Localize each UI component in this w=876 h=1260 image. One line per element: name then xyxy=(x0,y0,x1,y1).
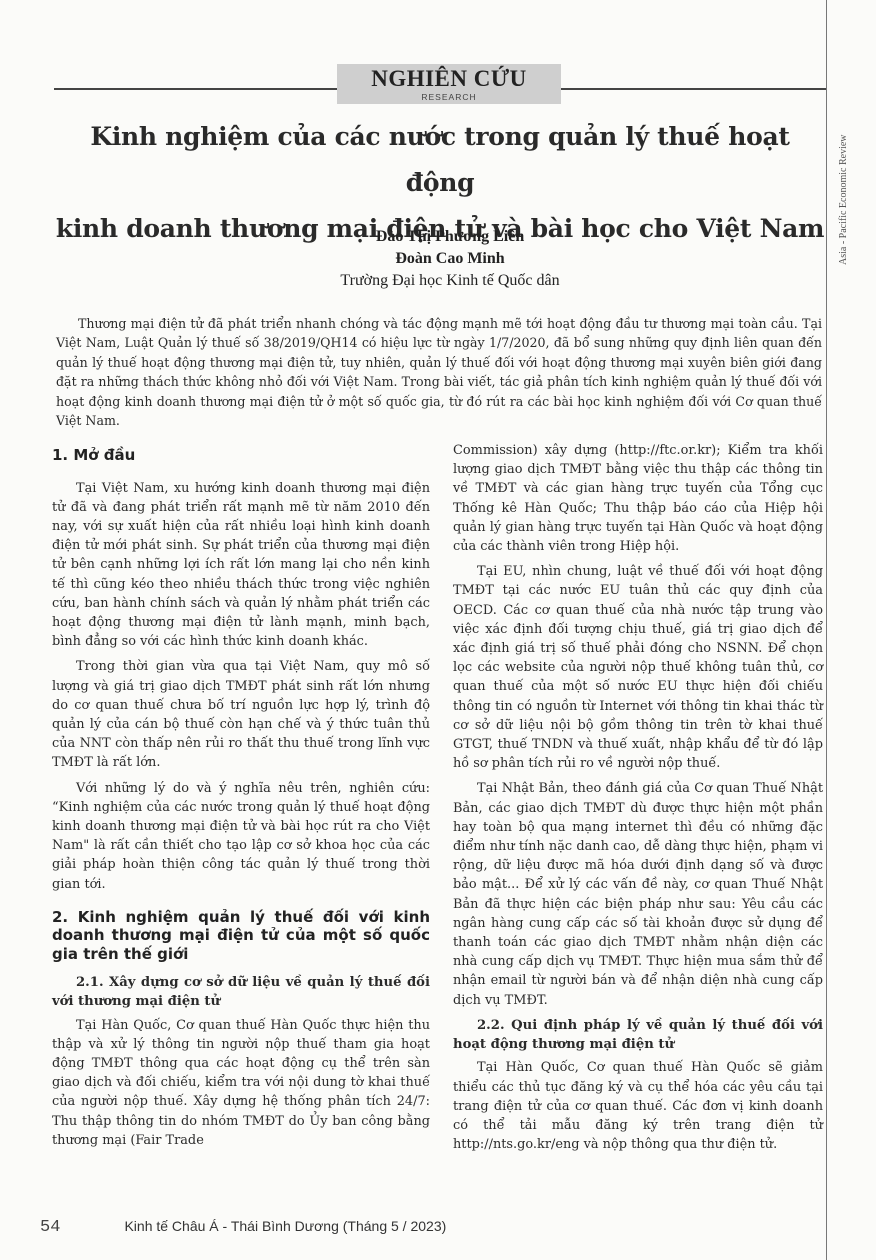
subsection-heading-database: 2.1. Xây dựng cơ sở dữ liệu về quản lý t… xyxy=(52,973,430,1011)
affiliation: Trường Đại học Kinh tế Quốc dân xyxy=(200,270,700,292)
author-name: Đoàn Cao Minh xyxy=(200,248,700,270)
section-title: NGHIÊN CỨU xyxy=(337,64,561,92)
paragraph: Tại Hàn Quốc, Cơ quan thuế Hàn Quốc sẽ g… xyxy=(453,1058,823,1154)
subsection-heading-legal: 2.2. Qui định pháp lý về quản lý thuế đố… xyxy=(453,1016,823,1054)
paragraph: Với những lý do và ý nghĩa nêu trên, ngh… xyxy=(52,779,430,894)
paragraph: Tại Việt Nam, xu hướng kinh doanh thương… xyxy=(52,479,430,652)
author-block: Đào Thị Phương Liên Đoàn Cao Minh Trường… xyxy=(200,226,700,292)
paragraph: Tại Nhật Bản, theo đánh giá của Cơ quan … xyxy=(453,779,823,1009)
page-number: 54 xyxy=(40,1218,120,1237)
section-subtitle: RESEARCH xyxy=(337,92,561,102)
section-banner: NGHIÊN CỨU RESEARCH xyxy=(337,64,561,104)
journal-side-label: Asia - Pacific Economic Review xyxy=(838,105,858,265)
section-heading-experience: 2. Kinh nghiệm quản lý thuế đối với kinh… xyxy=(52,908,430,964)
journal-name: Kinh tế Châu Á - Thái Bình Dương (Tháng … xyxy=(124,1218,446,1234)
author-name: Đào Thị Phương Liên xyxy=(200,226,700,248)
left-column: 1. Mở đầu Tại Việt Nam, xu hướng kinh do… xyxy=(52,446,430,1156)
title-line: Kinh nghiệm của các nước trong quản lý t… xyxy=(54,114,826,206)
page-footer: 54 Kinh tế Châu Á - Thái Bình Dương (Thá… xyxy=(40,1218,446,1237)
right-column: Commission) xây dựng (http://ftc.or.kr);… xyxy=(453,441,823,1160)
abstract: Thương mại điện tử đã phát triển nhanh c… xyxy=(56,314,822,430)
paragraph: Commission) xây dựng (http://ftc.or.kr);… xyxy=(453,441,823,556)
paragraph: Tại EU, nhìn chung, luật về thuế đối với… xyxy=(453,562,823,773)
paragraph: Trong thời gian vừa qua tại Việt Nam, qu… xyxy=(52,657,430,772)
margin-rule xyxy=(826,0,827,1260)
paragraph: Tại Hàn Quốc, Cơ quan thuế Hàn Quốc thực… xyxy=(52,1016,430,1150)
section-heading-intro: 1. Mở đầu xyxy=(52,446,430,465)
